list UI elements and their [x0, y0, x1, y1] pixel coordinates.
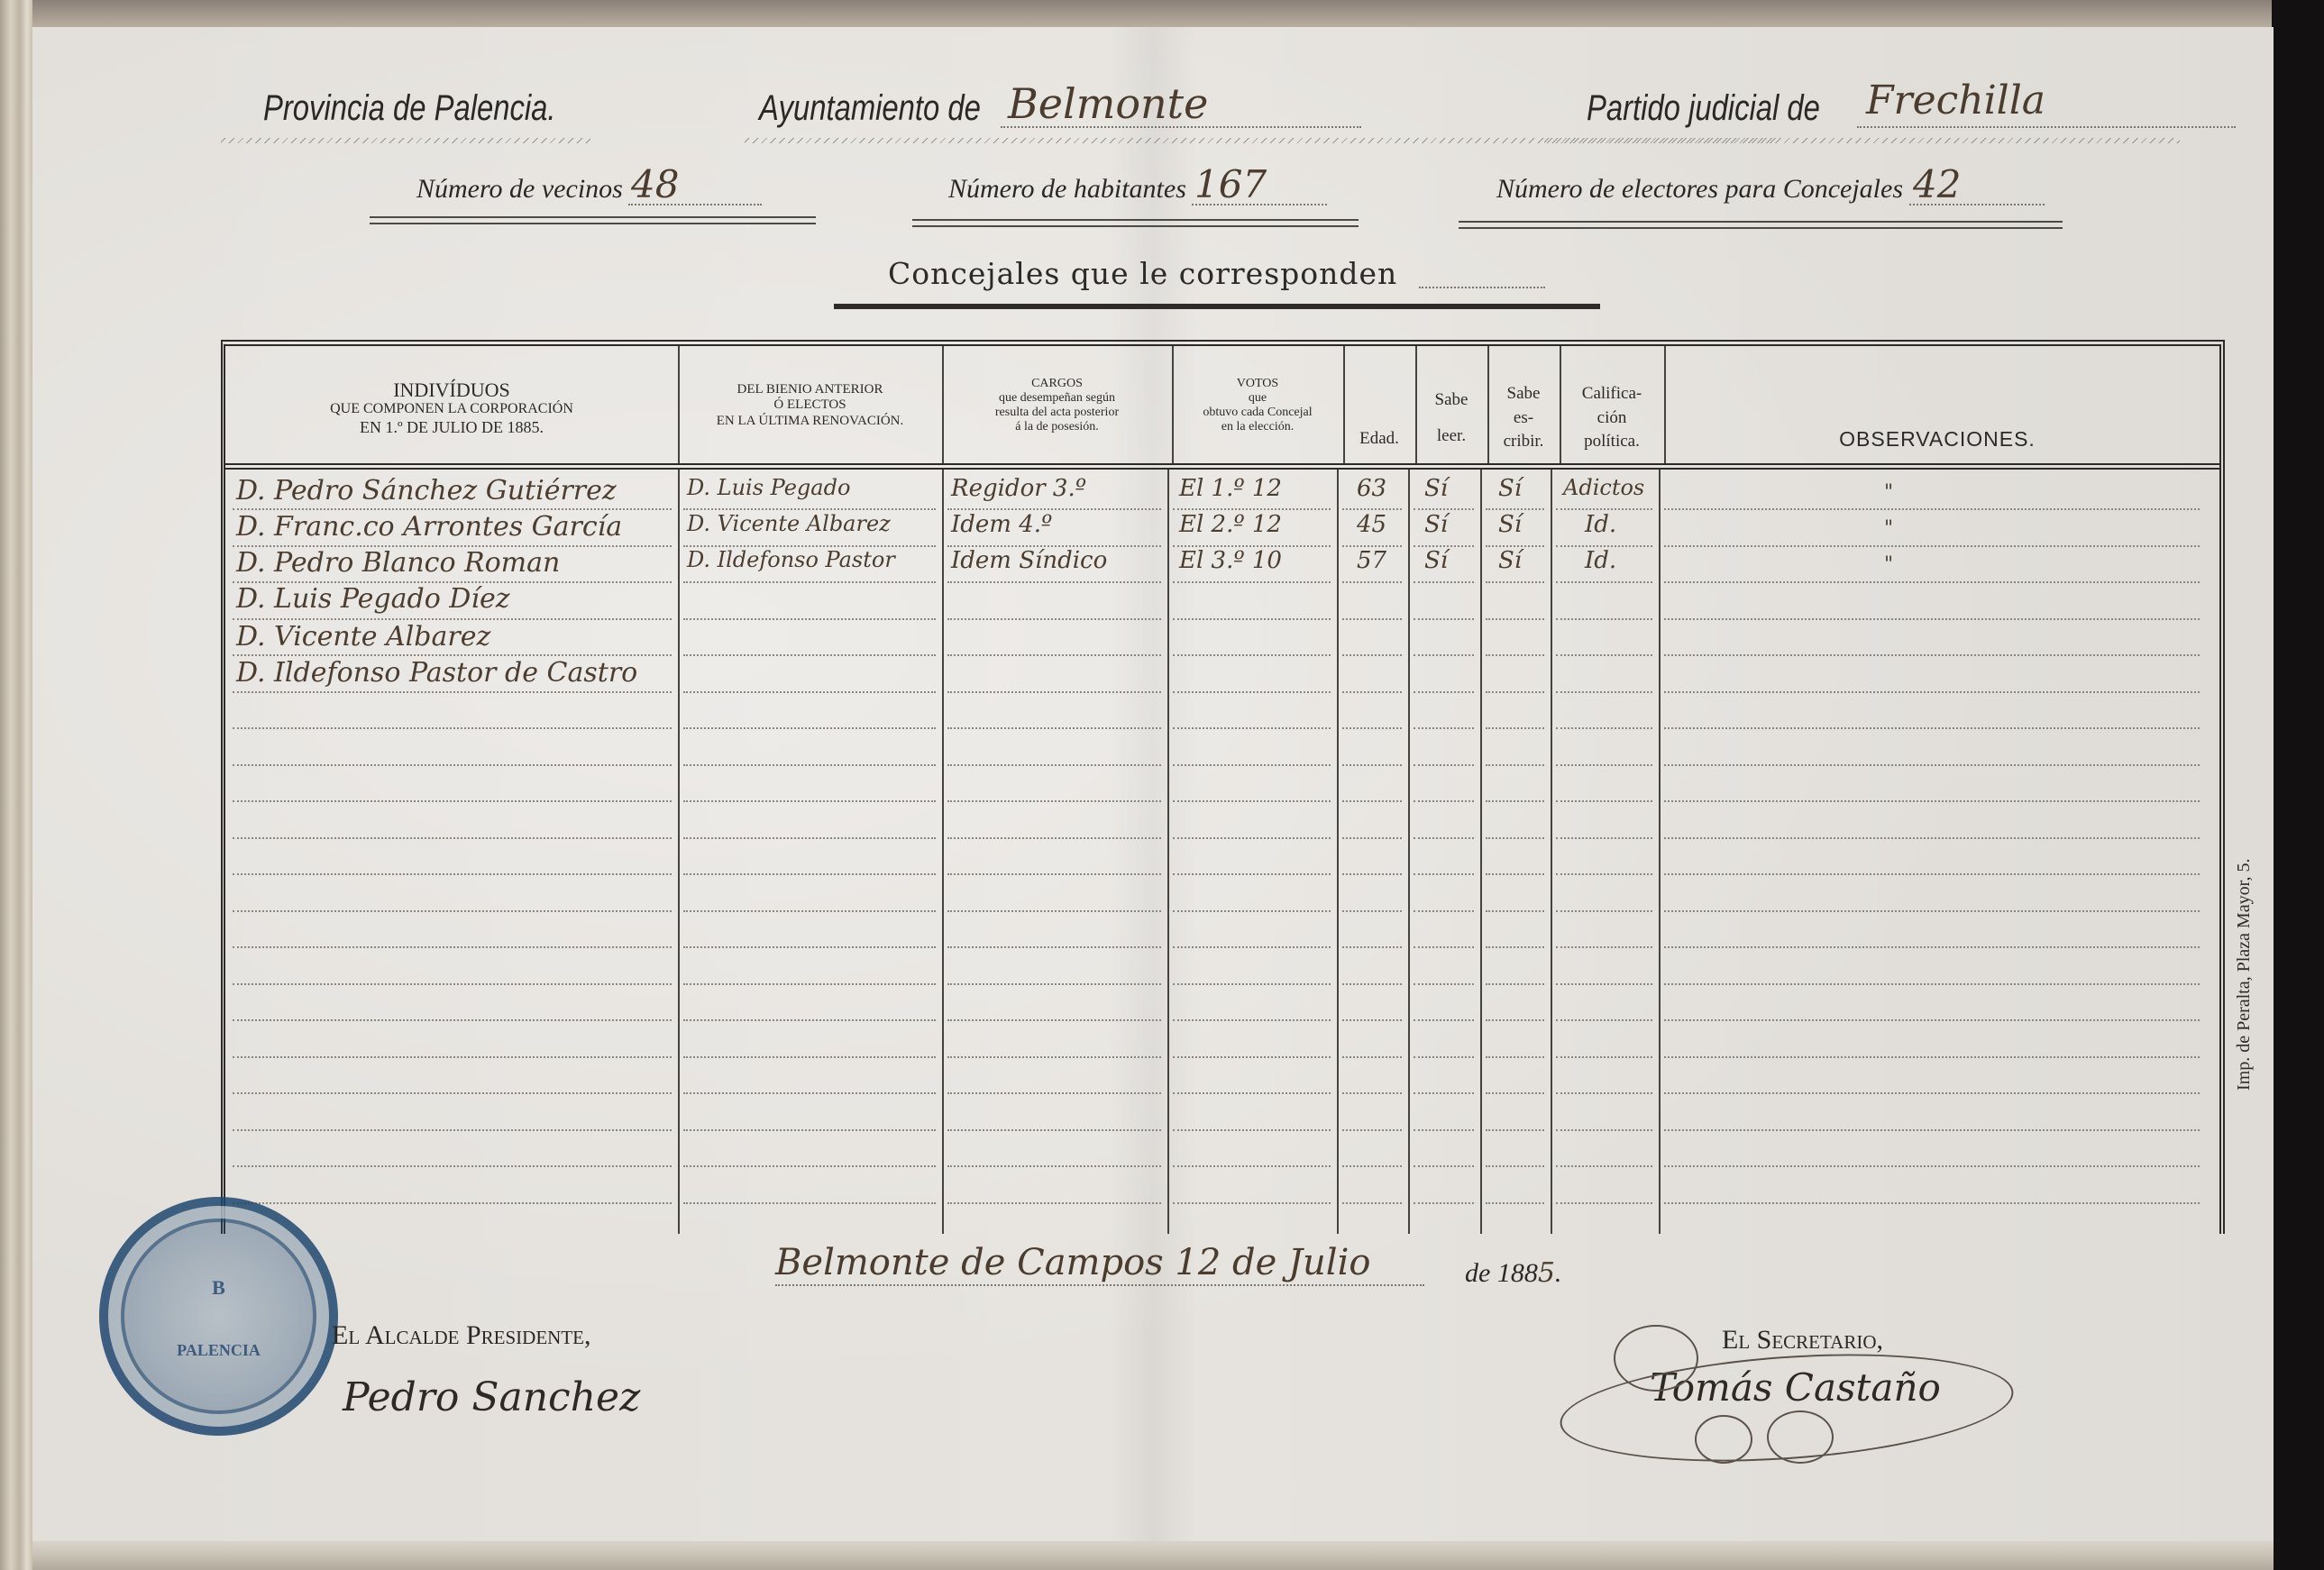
row-dotted-line — [1414, 1019, 1474, 1021]
row-dotted-line — [1664, 1092, 2200, 1094]
row-dotted-line — [947, 983, 1161, 985]
row-dotted-line — [1556, 1092, 1652, 1094]
row-dotted-line — [947, 1202, 1161, 1204]
row-dotted-line — [947, 873, 1161, 875]
row-dotted-line — [1486, 581, 1544, 583]
header-bienio-title: DEL BIENIO ANTERIOR — [678, 382, 942, 397]
row-dotted-line — [1556, 1165, 1652, 1167]
row-dotted-line — [1342, 618, 1402, 620]
row-dotted-line — [1414, 618, 1474, 620]
printer-note: Imp. de Peralta, Plaza Mayor, 5. — [2234, 859, 2255, 1091]
cell-edad-3: 57 — [1357, 547, 1386, 574]
row-dotted-line — [1414, 1092, 1474, 1094]
row-dotted-line — [1342, 654, 1402, 656]
habitantes-double-rule — [912, 219, 1359, 227]
row-dotted-line — [1173, 1202, 1331, 1204]
row-dotted-line — [233, 1202, 672, 1204]
header-calificacion-title: Califica- — [1560, 382, 1664, 406]
row-dotted-line — [233, 764, 672, 766]
row-dotted-line — [1556, 1056, 1652, 1058]
electores-label: Número de electores para Concejales — [1496, 174, 1903, 205]
year-label: de 188 — [1465, 1258, 1538, 1288]
provincia-label: Provincia de Palencia. — [263, 88, 556, 129]
row-dotted-line — [1414, 800, 1474, 802]
row-dotted-line — [683, 581, 936, 583]
row-dotted-line — [1664, 691, 2200, 693]
row-dotted-line — [1556, 764, 1652, 766]
row-dotted-line — [233, 1056, 672, 1058]
row-dotted-line — [1664, 545, 2200, 547]
cell-individuo-4: D. Luis Pegado Díez — [236, 583, 510, 615]
year-digit: 5 — [1538, 1257, 1555, 1289]
cell-individuo-6: D. Ildefonso Pastor de Castro — [236, 657, 637, 689]
cell-calificacion-3: Id. — [1585, 547, 1616, 574]
row-dotted-line — [683, 837, 936, 839]
row-dotted-line — [1664, 873, 2200, 875]
row-dotted-line — [1342, 691, 1402, 693]
row-dotted-line — [1342, 837, 1402, 839]
cell-observaciones-3: " — [1884, 553, 1893, 576]
concejales-dotted-line — [1419, 287, 1545, 288]
cell-edad-2: 45 — [1357, 511, 1386, 538]
row-dotted-line — [233, 691, 672, 693]
row-dotted-line — [1664, 764, 2200, 766]
row-dotted-line — [1486, 800, 1544, 802]
cell-cargo-2: Idem 4.º — [951, 511, 1052, 538]
col-divider — [678, 470, 680, 1234]
row-dotted-line — [683, 1092, 936, 1094]
date-dotted-line — [775, 1284, 1424, 1286]
alcalde-signature: Pedro Sanchez — [343, 1374, 640, 1420]
header-sabe-escribir-sub: es- — [1487, 406, 1560, 431]
row-dotted-line — [683, 1019, 936, 1021]
provincia-underline — [221, 138, 590, 143]
row-dotted-line — [1173, 1056, 1331, 1058]
row-dotted-line — [683, 654, 936, 656]
row-dotted-line — [1486, 727, 1544, 729]
row-dotted-line — [1556, 508, 1652, 510]
row-dotted-line — [233, 618, 672, 620]
row-dotted-line — [1556, 727, 1652, 729]
row-dotted-line — [1414, 727, 1474, 729]
cell-escribir-1: Sí — [1498, 475, 1522, 502]
row-dotted-line — [1342, 1202, 1402, 1204]
header-cargos-title: CARGOS — [942, 377, 1172, 391]
row-dotted-line — [1556, 800, 1652, 802]
row-dotted-line — [1173, 727, 1331, 729]
row-dotted-line — [1486, 508, 1544, 510]
row-dotted-line — [1173, 910, 1331, 912]
row-dotted-line — [1414, 983, 1474, 985]
row-dotted-line — [1556, 946, 1652, 948]
header-individuos-sub2: EN 1.º DE JULIO DE 1885. — [225, 418, 678, 437]
row-dotted-line — [1486, 837, 1544, 839]
row-dotted-line — [1414, 1202, 1474, 1204]
stamp-text-top: B — [108, 1276, 329, 1300]
cell-bienio-3: D. Ildefonso Pastor — [687, 547, 895, 572]
ayuntamiento-dotted-line — [1001, 126, 1361, 128]
row-dotted-line — [1556, 837, 1652, 839]
row-dotted-line — [1342, 727, 1402, 729]
row-dotted-line — [683, 1056, 936, 1058]
row-dotted-line — [1173, 1019, 1331, 1021]
row-dotted-line — [1173, 1165, 1331, 1167]
header-cargos-sub2: resulta del acta posterior — [942, 406, 1172, 420]
row-dotted-line — [233, 1129, 672, 1131]
row-dotted-line — [1664, 837, 2200, 839]
cell-escribir-3: Sí — [1498, 547, 1522, 574]
col-divider — [1167, 470, 1169, 1234]
header-sabe-escribir-title: Sabe — [1487, 382, 1560, 406]
col-divider — [1480, 470, 1482, 1234]
habitantes-dotted-line — [1192, 204, 1327, 205]
cell-calificacion-2: Id. — [1585, 511, 1616, 538]
row-dotted-line — [1342, 1129, 1402, 1131]
background-edge — [2272, 0, 2324, 1570]
row-dotted-line — [947, 508, 1161, 510]
cell-individuo-3: D. Pedro Blanco Roman — [236, 547, 560, 579]
row-dotted-line — [1664, 983, 2200, 985]
header-sabe-escribir: Sabe es- cribir. — [1487, 382, 1560, 454]
header-votos-title: VOTOS — [1172, 377, 1343, 391]
cell-votos-2: El 2.º 12 — [1179, 511, 1282, 538]
row-dotted-line — [1664, 581, 2200, 583]
cell-observaciones-1: " — [1884, 481, 1893, 504]
signature-flourish — [1695, 1415, 1752, 1464]
municipal-seal-stamp: B PALENCIA — [99, 1197, 338, 1436]
row-dotted-line — [1173, 618, 1331, 620]
row-dotted-line — [947, 581, 1161, 583]
row-dotted-line — [1664, 1019, 2200, 1021]
header-sabe-leer-sub: leer. — [1415, 418, 1487, 454]
row-dotted-line — [233, 910, 672, 912]
row-dotted-line — [233, 727, 672, 729]
header-votos: VOTOS que obtuvo cada Concejal en la ele… — [1172, 377, 1343, 434]
electores-double-rule — [1459, 221, 2063, 229]
row-dotted-line — [947, 837, 1161, 839]
header-cargos-sub3: á la de posesión. — [942, 420, 1172, 434]
row-dotted-line — [1173, 508, 1331, 510]
row-dotted-line — [1342, 764, 1402, 766]
table-header-row: INDIVÍDUOS QUE COMPONEN LA CORPORACIÓN E… — [225, 346, 2219, 470]
row-dotted-line — [947, 764, 1161, 766]
col-divider — [1337, 470, 1339, 1234]
row-dotted-line — [1342, 983, 1402, 985]
partido-underline — [1544, 138, 2180, 143]
row-dotted-line — [1173, 1129, 1331, 1131]
row-dotted-line — [1664, 1202, 2200, 1204]
row-dotted-line — [683, 691, 936, 693]
header-individuos: INDIVÍDUOS QUE COMPONEN LA CORPORACIÓN E… — [225, 379, 678, 436]
row-dotted-line — [1556, 873, 1652, 875]
cell-individuo-1: D. Pedro Sánchez Gutiérrez — [236, 475, 617, 507]
row-dotted-line — [1342, 1165, 1402, 1167]
row-dotted-line — [1486, 1056, 1544, 1058]
header-cargos-sub: que desempeñan según — [942, 391, 1172, 406]
row-dotted-line — [1414, 837, 1474, 839]
row-dotted-line — [1556, 618, 1652, 620]
row-dotted-line — [1664, 1129, 2200, 1131]
row-dotted-line — [947, 654, 1161, 656]
row-dotted-line — [1486, 910, 1544, 912]
row-dotted-line — [1486, 946, 1544, 948]
row-dotted-line — [1664, 1165, 2200, 1167]
row-dotted-line — [683, 800, 936, 802]
row-dotted-line — [1173, 581, 1331, 583]
row-dotted-line — [1556, 983, 1652, 985]
row-dotted-line — [1173, 837, 1331, 839]
ayuntamiento-label: Ayuntamiento de — [759, 88, 981, 129]
row-dotted-line — [683, 764, 936, 766]
row-dotted-line — [233, 983, 672, 985]
row-dotted-line — [947, 800, 1161, 802]
header-bienio: DEL BIENIO ANTERIOR Ó ELECTOS EN LA ÚLTI… — [678, 382, 942, 429]
row-dotted-line — [683, 873, 936, 875]
year-field: de 1885. — [1465, 1257, 1561, 1289]
header-calificacion: Califica- ción política. — [1560, 382, 1664, 454]
concejales-rule — [834, 304, 1600, 309]
row-dotted-line — [1556, 691, 1652, 693]
row-dotted-line — [1173, 983, 1331, 985]
row-dotted-line — [1486, 1129, 1544, 1131]
row-dotted-line — [1414, 910, 1474, 912]
row-dotted-line — [683, 618, 936, 620]
stamp-text-bottom: PALENCIA — [108, 1341, 329, 1360]
row-dotted-line — [1342, 946, 1402, 948]
habitantes-value: 167 — [1194, 162, 1267, 206]
row-dotted-line — [1342, 873, 1402, 875]
row-dotted-line — [233, 654, 672, 656]
cell-votos-1: El 1.º 12 — [1179, 475, 1282, 502]
row-dotted-line — [233, 1019, 672, 1021]
row-dotted-line — [1342, 800, 1402, 802]
header-cargos: CARGOS que desempeñan según resulta del … — [942, 377, 1172, 434]
row-dotted-line — [1486, 1092, 1544, 1094]
header-sabe-leer-title: Sabe — [1415, 382, 1487, 418]
row-dotted-line — [947, 1129, 1161, 1131]
row-dotted-line — [1556, 1019, 1652, 1021]
row-dotted-line — [1414, 764, 1474, 766]
row-dotted-line — [1664, 1056, 2200, 1058]
ayuntamiento-value: Belmonte — [1008, 79, 1208, 128]
col-divider — [1408, 470, 1410, 1234]
row-dotted-line — [1173, 654, 1331, 656]
row-dotted-line — [1414, 873, 1474, 875]
electores-value: 42 — [1913, 162, 1961, 206]
row-dotted-line — [683, 508, 936, 510]
row-dotted-line — [1414, 1129, 1474, 1131]
row-dotted-line — [233, 508, 672, 510]
cell-leer-1: Sí — [1424, 475, 1448, 502]
row-dotted-line — [1414, 946, 1474, 948]
row-dotted-line — [1173, 691, 1331, 693]
row-dotted-line — [1414, 1056, 1474, 1058]
row-dotted-line — [947, 910, 1161, 912]
row-dotted-line — [233, 1092, 672, 1094]
row-dotted-line — [1173, 764, 1331, 766]
col-divider — [1659, 470, 1661, 1234]
header-calificacion-sub2: política. — [1560, 430, 1664, 454]
row-dotted-line — [1664, 654, 2200, 656]
row-dotted-line — [1486, 691, 1544, 693]
row-dotted-line — [1486, 1019, 1544, 1021]
row-dotted-line — [1556, 1129, 1652, 1131]
row-dotted-line — [1342, 910, 1402, 912]
row-dotted-line — [947, 946, 1161, 948]
row-dotted-line — [1486, 1165, 1544, 1167]
row-dotted-line — [683, 727, 936, 729]
cell-observaciones-2: " — [1884, 517, 1893, 540]
row-dotted-line — [1556, 654, 1652, 656]
cell-edad-1: 63 — [1357, 475, 1386, 502]
header-observaciones: OBSERVACIONES. — [1664, 427, 2210, 451]
row-dotted-line — [1664, 910, 2200, 912]
row-dotted-line — [683, 910, 936, 912]
vecinos-label: Número de vecinos — [416, 174, 623, 205]
row-dotted-line — [1414, 508, 1474, 510]
header-bienio-sub2: EN LA ÚLTIMA RENOVACIÓN. — [678, 414, 942, 429]
row-dotted-line — [1342, 1019, 1402, 1021]
council-table: INDIVÍDUOS QUE COMPONEN LA CORPORACIÓN E… — [221, 340, 2225, 1234]
row-dotted-line — [1414, 691, 1474, 693]
row-dotted-line — [233, 800, 672, 802]
col-divider — [1551, 470, 1552, 1234]
place-date: Belmonte de Campos 12 de Julio — [775, 1242, 1370, 1283]
row-dotted-line — [1556, 910, 1652, 912]
vecinos-double-rule — [370, 216, 816, 224]
row-dotted-line — [947, 1092, 1161, 1094]
row-dotted-line — [1486, 873, 1544, 875]
cell-votos-3: El 3.º 10 — [1179, 547, 1282, 574]
row-dotted-line — [1414, 654, 1474, 656]
row-dotted-line — [1664, 946, 2200, 948]
row-dotted-line — [1342, 581, 1402, 583]
signature-flourish — [1614, 1325, 1698, 1392]
cell-calificacion-1: Adictos — [1563, 475, 1644, 500]
row-dotted-line — [233, 837, 672, 839]
cell-individuo-5: D. Vicente Albarez — [236, 621, 490, 653]
row-dotted-line — [1173, 946, 1331, 948]
row-dotted-line — [1173, 873, 1331, 875]
header-individuos-title: INDIVÍDUOS — [225, 379, 678, 401]
cell-bienio-1: D. Luis Pegado — [687, 475, 850, 500]
row-dotted-line — [1664, 618, 2200, 620]
cell-leer-2: Sí — [1424, 511, 1448, 538]
row-dotted-line — [947, 1056, 1161, 1058]
row-dotted-line — [1486, 983, 1544, 985]
row-dotted-line — [1664, 800, 2200, 802]
cell-individuo-2: D. Franc.co Arrontes García — [236, 511, 622, 543]
row-dotted-line — [1486, 618, 1544, 620]
row-dotted-line — [683, 1129, 936, 1131]
row-dotted-line — [947, 1019, 1161, 1021]
row-dotted-line — [1342, 508, 1402, 510]
row-dotted-line — [233, 946, 672, 948]
header-votos-sub: que — [1172, 391, 1343, 406]
row-dotted-line — [1556, 581, 1652, 583]
book-spine — [0, 0, 32, 1570]
header-individuos-sub: QUE COMPONEN LA CORPORACIÓN — [225, 401, 678, 417]
cell-cargo-1: Regidor 3.º — [951, 475, 1086, 502]
habitantes-label: Número de habitantes — [948, 174, 1186, 205]
electores-dotted-line — [1909, 204, 2045, 205]
row-dotted-line — [1173, 1092, 1331, 1094]
signature-flourish — [1767, 1410, 1834, 1464]
row-dotted-line — [233, 1165, 672, 1167]
row-dotted-line — [947, 727, 1161, 729]
header-sabe-escribir-sub2: cribir. — [1487, 430, 1560, 454]
row-dotted-line — [233, 873, 672, 875]
row-dotted-line — [1342, 1056, 1402, 1058]
cell-cargo-3: Idem Síndico — [951, 547, 1107, 574]
header-bienio-sub: Ó ELECTOS — [678, 397, 942, 413]
row-dotted-line — [683, 1165, 936, 1167]
col-divider — [942, 470, 944, 1234]
partido-dotted-line — [1857, 126, 2236, 128]
row-dotted-line — [1342, 1092, 1402, 1094]
cell-escribir-2: Sí — [1498, 511, 1522, 538]
alcalde-label: El Alcalde Presidente, — [332, 1320, 591, 1351]
header-edad: Edad. — [1343, 429, 1415, 449]
cell-bienio-2: D. Vicente Albarez — [687, 511, 891, 536]
header-votos-sub2: obtuvo cada Concejal — [1172, 406, 1343, 420]
row-dotted-line — [1664, 508, 2200, 510]
row-dotted-line — [947, 618, 1161, 620]
row-dotted-line — [1414, 581, 1474, 583]
row-dotted-line — [1664, 727, 2200, 729]
row-dotted-line — [947, 691, 1161, 693]
row-dotted-line — [1486, 1202, 1544, 1204]
vecinos-dotted-line — [628, 204, 762, 205]
concejales-label: Concejales que le corresponden — [888, 256, 1397, 291]
header-votos-sub3: en la elección. — [1172, 420, 1343, 434]
row-dotted-line — [1556, 1202, 1652, 1204]
partido-label: Partido judicial de — [1587, 88, 1820, 129]
vecinos-value: 48 — [631, 162, 679, 206]
cell-leer-3: Sí — [1424, 547, 1448, 574]
partido-value: Frechilla — [1866, 78, 2045, 123]
header-sabe-leer: Sabe leer. — [1415, 382, 1487, 454]
row-dotted-line — [1486, 654, 1544, 656]
row-dotted-line — [683, 1202, 936, 1204]
row-dotted-line — [1486, 764, 1544, 766]
row-dotted-line — [683, 983, 936, 985]
secretario-label: El Secretario, — [1722, 1325, 1883, 1355]
row-dotted-line — [683, 946, 936, 948]
row-dotted-line — [1414, 1165, 1474, 1167]
header-calificacion-sub: ción — [1560, 406, 1664, 431]
row-dotted-line — [1173, 800, 1331, 802]
row-dotted-line — [947, 1165, 1161, 1167]
